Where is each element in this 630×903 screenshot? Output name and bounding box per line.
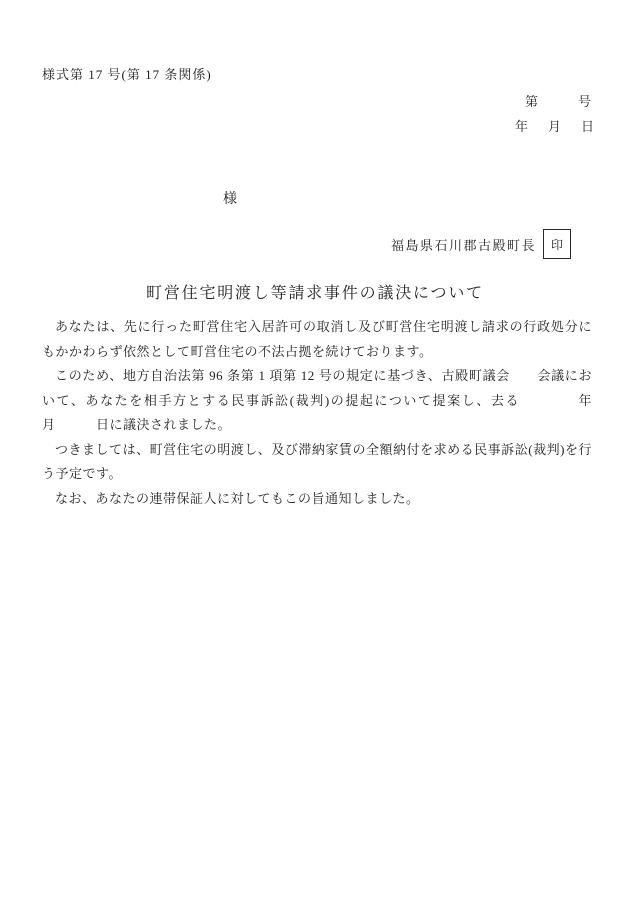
recipient-line: 様 xyxy=(120,188,237,208)
seal-box: 印 xyxy=(543,229,571,259)
date-line: 年 月 日 xyxy=(515,116,594,135)
form-reference-label: 様式第 17 号(第 17 条関係) xyxy=(42,64,212,83)
sender-title-label: 福島県石川郡古殿町長 xyxy=(391,235,536,254)
recipient-name-blank-field xyxy=(120,202,223,203)
number-suffix-label: 号 xyxy=(578,91,591,110)
body-paragraph: なお、あなたの連帯保証人に対してもこの旨通知しました。 xyxy=(42,487,592,512)
document-page: 様式第 17 号(第 17 条関係) 第 号 年 月 日 様 福島県石川郡古殿町… xyxy=(0,0,630,903)
body-paragraph: あなたは、先に行った町営住宅入居許可の取消し及び町営住宅明渡し請求の行政処分にも… xyxy=(42,315,592,364)
day-label: 日 xyxy=(581,116,594,135)
number-prefix-label: 第 xyxy=(525,91,538,110)
body-paragraph: つきましては、町営住宅の明渡し、及び滞納家賃の全額納付を求める民事訴訟(裁判)を… xyxy=(42,438,592,487)
year-label: 年 xyxy=(515,116,528,135)
sender-line: 福島県石川郡古殿町長 印 xyxy=(391,228,571,260)
body-paragraph: このため、地方自治法第 96 条第 1 項第 12 号の規定に基づき、古殿町議会… xyxy=(42,364,592,438)
recipient-honorific-label: 様 xyxy=(223,188,237,208)
seal-label: 印 xyxy=(551,236,563,253)
document-title: 町営住宅明渡し等請求事件の議決について xyxy=(0,280,630,303)
month-label: 月 xyxy=(548,116,561,135)
document-number-line: 第 号 xyxy=(525,91,591,110)
document-body: あなたは、先に行った町営住宅入居許可の取消し及び町営住宅明渡し請求の行政処分にも… xyxy=(42,315,592,511)
